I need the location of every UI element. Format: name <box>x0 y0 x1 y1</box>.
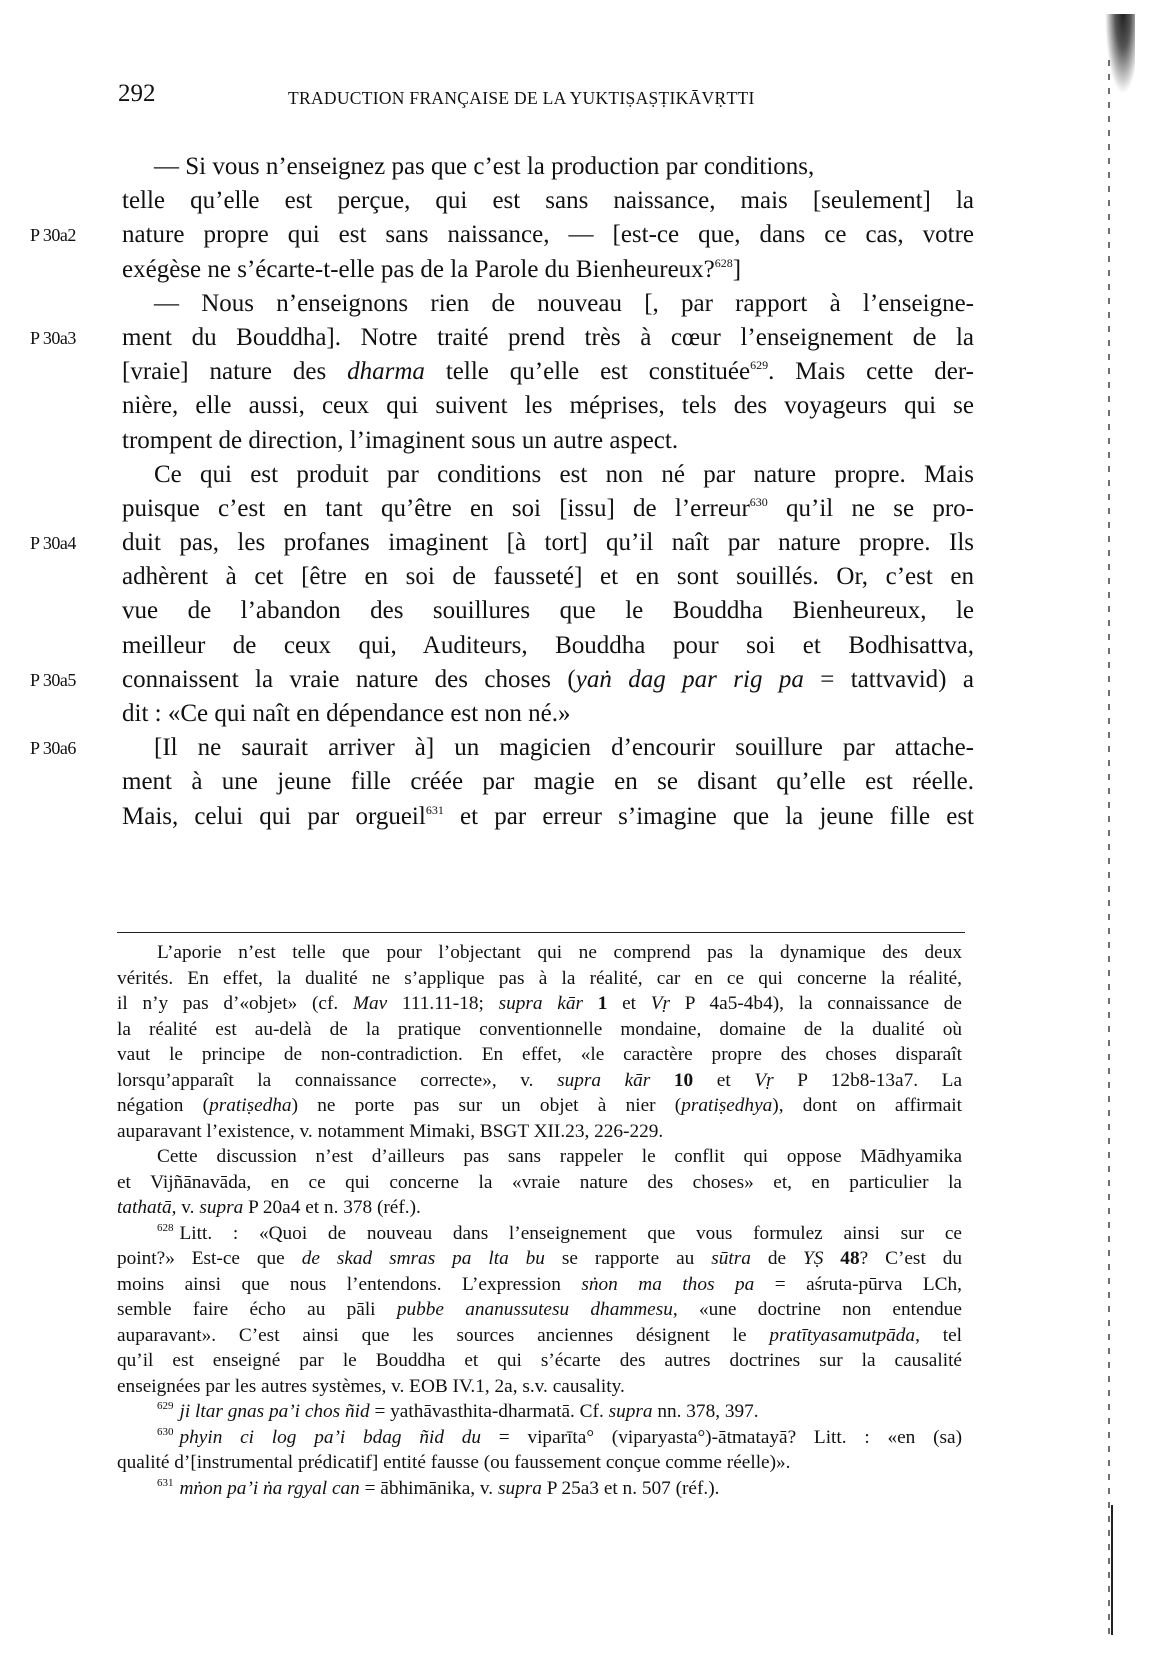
text-italic: pubbe ananussutesu dhammesu <box>397 1299 673 1320</box>
text: [Il ne saurait arriver à] un magicien d’… <box>154 734 974 761</box>
text: 111.11-18; <box>387 993 498 1014</box>
margin-ref: P 30a4 <box>30 526 76 560</box>
footnote-line: vaut le principe de non-contradiction. E… <box>117 1042 962 1068</box>
text: = viparīta° (viparyasta°)-ātmatayā? Litt… <box>481 1427 962 1448</box>
text: ), dont on affirmait <box>772 1095 962 1116</box>
footnote-line: auparavant l’existence, v. notamment Mim… <box>117 1119 962 1145</box>
text: et <box>693 1070 754 1091</box>
text-italic: mṅon pa’i ṅa rgyal can <box>180 1478 360 1499</box>
text-line: P 30a4duit pas, les profanes imaginent [… <box>122 526 974 560</box>
text-line: P 30a2nature propre qui est sans naissan… <box>122 218 974 252</box>
footnote-line: vérités. En effet, la dualité ne s’appli… <box>117 966 962 992</box>
text: L’aporie n’est telle que pour l’objectan… <box>157 942 962 963</box>
text-line: puisque c’est en tant qu’être en soi [is… <box>122 492 974 526</box>
text: auparavant». C’est ainsi que les sources… <box>117 1325 769 1346</box>
text: lorsqu’apparaît la connaissance correcte… <box>117 1070 557 1091</box>
text: et Vijñānavāda, en ce qui concerne la «v… <box>117 1172 962 1193</box>
text: meilleur de ceux qui, Auditeurs, Bouddha… <box>122 632 974 659</box>
footnote-line: il n’y pas d’«objet» (cf. Mav 111.11-18;… <box>117 991 962 1017</box>
footnote-629: 629ji ltar gnas pa’i chos ñid = yathāvas… <box>117 1399 962 1425</box>
text: auparavant l’existence, v. notamment Mim… <box>117 1121 663 1142</box>
footnote-line: enseignées par les autres systèmes, v. E… <box>117 1374 962 1400</box>
text: ment du Bouddha]. Notre traité prend trè… <box>122 324 974 351</box>
text-italic: supra kār <box>557 1070 650 1091</box>
footnote-ref[interactable]: 630 <box>750 495 768 509</box>
text-italic: dharma <box>347 358 425 385</box>
text: = aśruta-pūrva LCh, <box>754 1274 962 1295</box>
text-bold: 48 <box>823 1248 859 1269</box>
footnote-line: lorsqu’apparaît la connaissance correcte… <box>117 1068 962 1094</box>
text-line: — Nous n’enseignons rien de nouveau [, p… <box>122 287 974 321</box>
footnote-number: 630 <box>157 1426 174 1438</box>
text-italic: pratītyasamutpāda <box>769 1325 915 1346</box>
text-italic: phyin ci log pa’i bdag ñid du <box>180 1427 482 1448</box>
text: semble faire écho au pāli <box>117 1299 397 1320</box>
footnote-line: moins ainsi que nous l’entendons. L’expr… <box>117 1272 962 1298</box>
text: P 25a3 et n. 507 (réf.). <box>542 1478 720 1499</box>
text: puisque c’est en tant qu’être en soi [is… <box>122 495 750 522</box>
text: et <box>607 993 650 1014</box>
page-number: 292 <box>118 80 156 108</box>
text-line: ment à une jeune fille créée par magie e… <box>122 765 974 799</box>
text-line: [vraie] nature des dharma telle qu’elle … <box>122 355 974 389</box>
text-line: nière, elle aussi, ceux qui suivent les … <box>122 389 974 423</box>
text-italic: pratiṣedha <box>209 1095 291 1116</box>
footnote-line: la réalité est au-delà de la pratique co… <box>117 1017 962 1043</box>
text: duit pas, les profanes imaginent [à tort… <box>122 529 974 556</box>
footnote-ref[interactable]: 631 <box>426 803 444 817</box>
text-line: P 30a5connaissent la vraie nature des ch… <box>122 663 974 697</box>
text: vérités. En effet, la dualité ne s’appli… <box>117 968 962 989</box>
text: dit : «Ce qui naît en dépendance est non… <box>122 700 571 727</box>
footnote-line: qualité d’[instrumental prédicatif] enti… <box>117 1450 962 1476</box>
text: vue de l’abandon des souillures que le B… <box>122 597 974 624</box>
footnote-separator <box>117 932 965 933</box>
footnote-line: Cette discussion n’est d’ailleurs pas sa… <box>117 1144 962 1170</box>
text: = ābhimānika, v. <box>360 1478 498 1499</box>
footnote-line: point?» Est-ce que de skad smras pa lta … <box>117 1246 962 1272</box>
text-italic: yaṅ dag par rig pa <box>576 666 804 693</box>
text-bold: 10 <box>650 1070 693 1091</box>
text: = tattvavid) a <box>804 666 974 693</box>
text-italic: supra <box>609 1401 653 1422</box>
text-italic: supra <box>199 1197 243 1218</box>
footnote-number: 629 <box>157 1400 174 1412</box>
text: P 20a4 et n. 378 (réf.). <box>243 1197 421 1218</box>
text-italic: tathatā <box>117 1197 172 1218</box>
text: Ce qui est produit par conditions est no… <box>154 461 974 488</box>
text-italic: sūtra <box>711 1248 751 1269</box>
text: trompent de direction, l’imaginent sous … <box>122 427 678 454</box>
footnote-631: 631mṅon pa’i ṅa rgyal can = ābhimānika, … <box>117 1476 962 1502</box>
text: P 4a5-4b4), la connaissance de <box>670 993 962 1014</box>
text: [vraie] nature des <box>122 358 347 385</box>
text-italic: supra kār <box>499 993 583 1014</box>
text-italic: sṅon ma thos pa <box>581 1274 754 1295</box>
main-text: — Si vous n’enseignez pas que c’est la p… <box>122 150 974 834</box>
text: adhèrent à cet [être en soi de fausseté]… <box>122 563 974 590</box>
text: ) ne porte pas sur un objet à nier ( <box>292 1095 682 1116</box>
text: se rapporte au <box>545 1248 711 1269</box>
text: Cette discussion n’est d’ailleurs pas sa… <box>157 1146 962 1167</box>
footnote-ref[interactable]: 629 <box>750 358 768 372</box>
text: telle qu’elle est constituée <box>425 358 750 385</box>
text: — Si vous n’enseignez pas que c’est la p… <box>154 153 814 180</box>
text: et par erreur s’imagine que la jeune fil… <box>444 803 974 830</box>
text-italic: de skad smras pa lta bu <box>302 1248 545 1269</box>
text: P 12b8-13a7. La <box>774 1070 962 1091</box>
text-italic: Mav <box>353 993 387 1014</box>
text-line: vue de l’abandon des souillures que le B… <box>122 594 974 628</box>
footnote-line: et Vijñānavāda, en ce qui concerne la «v… <box>117 1170 962 1196</box>
footnote-number: 628 <box>157 1222 174 1234</box>
text-italic: ji ltar gnas pa’i chos ñid <box>180 1401 370 1422</box>
text: vaut le principe de non-contradiction. E… <box>117 1044 962 1065</box>
text-line: meilleur de ceux qui, Auditeurs, Bouddha… <box>122 629 974 663</box>
footnote-ref[interactable]: 628 <box>715 256 733 270</box>
text: ? C’est du <box>860 1248 962 1269</box>
text: qualité d’[instrumental prédicatif] enti… <box>117 1452 791 1473</box>
margin-ref: P 30a6 <box>30 731 76 765</box>
text-line: Ce qui est produit par conditions est no… <box>122 458 974 492</box>
text: nière, elle aussi, ceux qui suivent les … <box>122 392 974 419</box>
text-line: — Si vous n’enseignez pas que c’est la p… <box>122 150 974 184</box>
text: qu’il est enseigné par le Bouddha et qui… <box>117 1350 962 1371</box>
text: de <box>751 1248 803 1269</box>
text: la réalité est au-delà de la pratique co… <box>117 1019 962 1040</box>
text-line: adhèrent à cet [être en soi de fausseté]… <box>122 560 974 594</box>
footnote-number: 631 <box>157 1477 174 1489</box>
text: , v. <box>172 1197 200 1218</box>
margin-ref: P 30a5 <box>30 663 76 697</box>
text: , «une doctrine non entendue <box>673 1299 962 1320</box>
text-line: P 30a6[Il ne saurait arriver à] un magic… <box>122 731 974 765</box>
footnote-line: auparavant». C’est ainsi que les sources… <box>117 1323 962 1349</box>
footnote-line: qu’il est enseigné par le Bouddha et qui… <box>117 1348 962 1374</box>
footnote-line: L’aporie n’est telle que pour l’objectan… <box>117 940 962 966</box>
text-italic: supra <box>498 1478 542 1499</box>
text-line: exégèse ne s’écarte-t-elle pas de la Par… <box>122 253 974 287</box>
text: = yathāvasthita-dharmatā. Cf. <box>370 1401 609 1422</box>
text: . Mais cette der- <box>768 358 974 385</box>
text-italic: Vṛ <box>651 993 670 1014</box>
gutter-line <box>1108 60 1110 1640</box>
margin-ref: P 30a2 <box>30 218 76 252</box>
text-italic: pratiṣedhya <box>681 1095 772 1116</box>
text: négation ( <box>117 1095 209 1116</box>
text: ] <box>733 256 741 283</box>
footnote-630: 630phyin ci log pa’i bdag ñid du = vipar… <box>117 1425 962 1451</box>
text: , tel <box>915 1325 962 1346</box>
text: Mais, celui qui par orgueil <box>122 803 426 830</box>
text-line: Mais, celui qui par orgueil631 et par er… <box>122 800 974 834</box>
text-line: dit : «Ce qui naît en dépendance est non… <box>122 697 974 731</box>
text: Litt. : «Quoi de nouveau dans l’enseigne… <box>180 1223 963 1244</box>
footnote-628: 628Litt. : «Quoi de nouveau dans l’ensei… <box>117 1221 962 1247</box>
footnotes: L’aporie n’est telle que pour l’objectan… <box>117 940 962 1501</box>
text: qu’il ne se pro- <box>768 495 974 522</box>
text-italic: YṢ <box>803 1248 823 1269</box>
margin-ref: P 30a3 <box>30 321 76 355</box>
gutter-line-lower <box>1111 1505 1113 1635</box>
text-line: telle qu’elle est perçue, qui est sans n… <box>122 184 974 218</box>
text: moins ainsi que nous l’entendons. L’expr… <box>117 1274 581 1295</box>
text: nature propre qui est sans naissance, — … <box>122 221 974 248</box>
text-line: trompent de direction, l’imaginent sous … <box>122 424 974 458</box>
text: exégèse ne s’écarte-t-elle pas de la Par… <box>122 256 715 283</box>
footnote-line: semble faire écho au pāli pubbe ananussu… <box>117 1297 962 1323</box>
text: nn. 378, 397. <box>653 1401 759 1422</box>
text: — Nous n’enseignons rien de nouveau [, p… <box>154 290 974 317</box>
text-line: P 30a3ment du Bouddha]. Notre traité pre… <box>122 321 974 355</box>
running-head: TRADUCTION FRANÇAISE DE LA YUKTIṢAṢṬIKĀV… <box>288 88 755 109</box>
text: telle qu’elle est perçue, qui est sans n… <box>122 187 974 214</box>
footnote-line: négation (pratiṣedha) ne porte pas sur u… <box>117 1093 962 1119</box>
text: enseignées par les autres systèmes, v. E… <box>117 1376 625 1397</box>
text: connaissent la vraie nature des choses ( <box>122 666 576 693</box>
text: ment à une jeune fille créée par magie e… <box>122 768 974 795</box>
text-bold: 1 <box>583 993 607 1014</box>
text-italic: Vṛ <box>754 1070 773 1091</box>
text: point?» Est-ce que <box>117 1248 302 1269</box>
footnote-line: tathatā, v. supra P 20a4 et n. 378 (réf.… <box>117 1195 962 1221</box>
text: il n’y pas d’«objet» (cf. <box>117 993 353 1014</box>
